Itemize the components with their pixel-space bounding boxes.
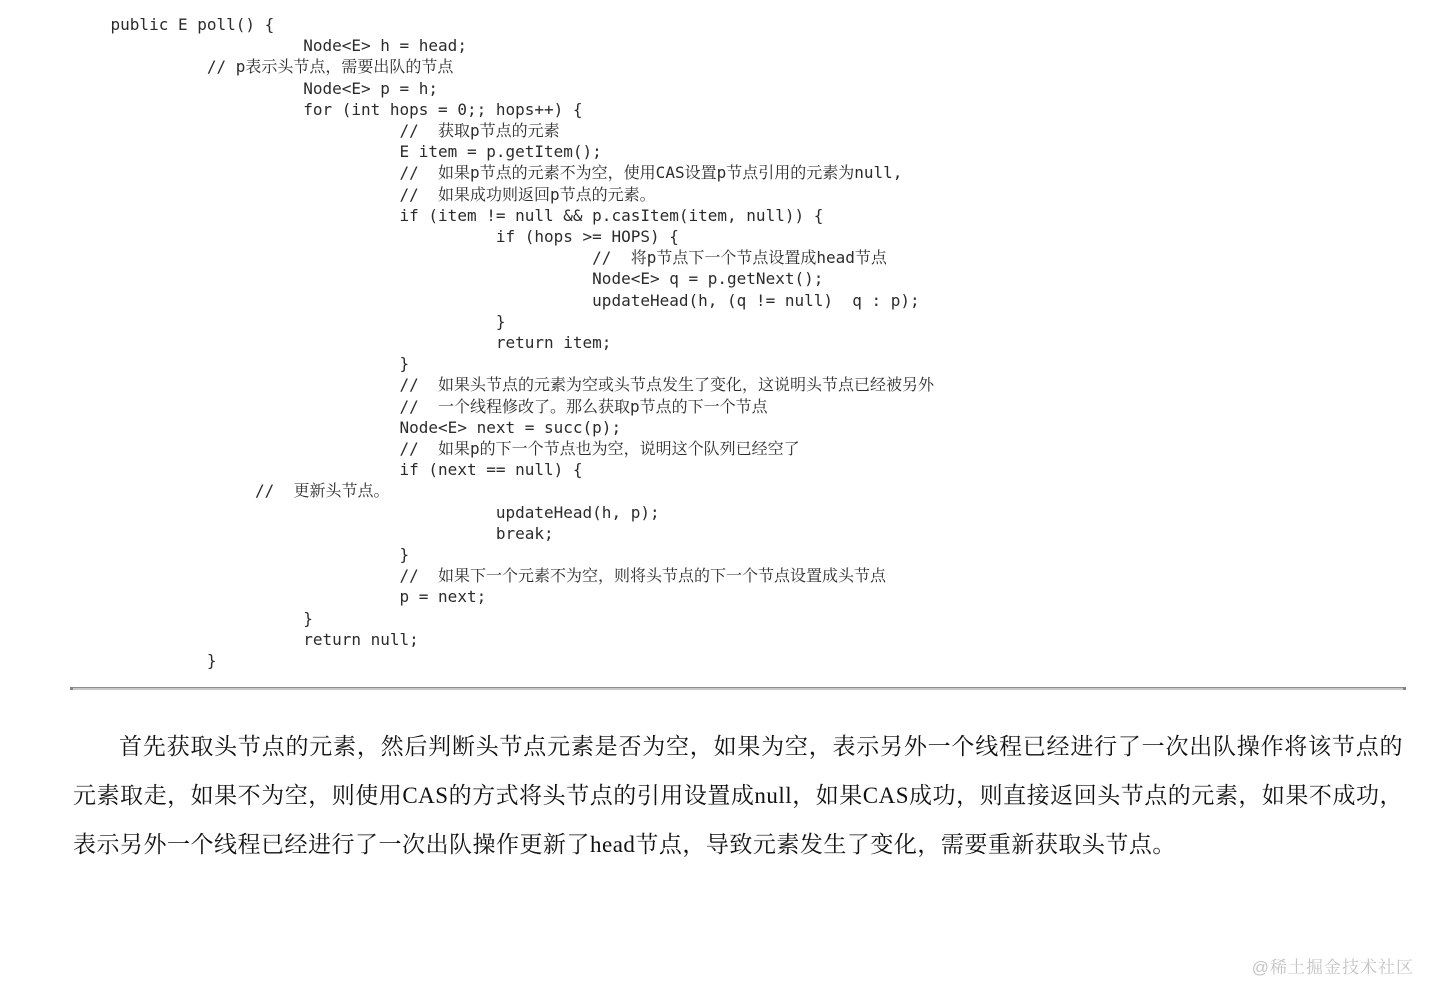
code-line: for (int hops = 0;; hops++) { [72, 99, 934, 120]
code-line: // 更新头节点。 [72, 480, 934, 501]
code-line: E item = p.getItem(); [72, 141, 934, 162]
horizontal-divider [70, 687, 1406, 690]
code-line: updateHead(h, p); [72, 502, 934, 523]
code-line: if (item != null && p.casItem(item, null… [72, 205, 934, 226]
code-line: // 如果成功则返回p节点的元素。 [72, 184, 934, 205]
code-line: } [72, 311, 934, 332]
code-line: // 获取p节点的元素 [72, 120, 934, 141]
code-line: if (next == null) { [72, 459, 934, 480]
code-line: // 一个线程修改了。那么获取p节点的下一个节点 [72, 396, 934, 417]
code-line: // 将p节点下一个节点设置成head节点 [72, 247, 934, 268]
code-line: // 如果p节点的元素不为空，使用CAS设置p节点引用的元素为null, [72, 162, 934, 183]
code-line: Node<E> q = p.getNext(); [72, 268, 934, 289]
document-page: public E poll() { Node<E> h = head; // p… [0, 0, 1440, 1000]
code-line: } [72, 353, 934, 374]
code-line: Node<E> p = h; [72, 78, 934, 99]
code-block: public E poll() { Node<E> h = head; // p… [72, 14, 934, 671]
code-line: } [72, 608, 934, 629]
explanation-paragraph: 首先获取头节点的元素，然后判断头节点元素是否为空，如果为空，表示另外一个线程已经… [73, 722, 1403, 869]
watermark-text: @稀土掘金技术社区 [1252, 953, 1414, 978]
code-line: // p表示头节点，需要出队的节点 [72, 56, 934, 77]
code-line: } [72, 544, 934, 565]
code-line: return item; [72, 332, 934, 353]
code-line: p = next; [72, 586, 934, 607]
code-line: // 如果下一个元素不为空，则将头节点的下一个节点设置成头节点 [72, 565, 934, 586]
code-line: public E poll() { [72, 14, 934, 35]
code-line: Node<E> h = head; [72, 35, 934, 56]
code-line: Node<E> next = succ(p); [72, 417, 934, 438]
code-line: if (hops >= HOPS) { [72, 226, 934, 247]
code-line: } [72, 650, 934, 671]
code-line: // 如果头节点的元素为空或头节点发生了变化，这说明头节点已经被另外 [72, 374, 934, 395]
code-line: return null; [72, 629, 934, 650]
code-line: updateHead(h, (q != null) q : p); [72, 290, 934, 311]
code-line: // 如果p的下一个节点也为空，说明这个队列已经空了 [72, 438, 934, 459]
code-line: break; [72, 523, 934, 544]
